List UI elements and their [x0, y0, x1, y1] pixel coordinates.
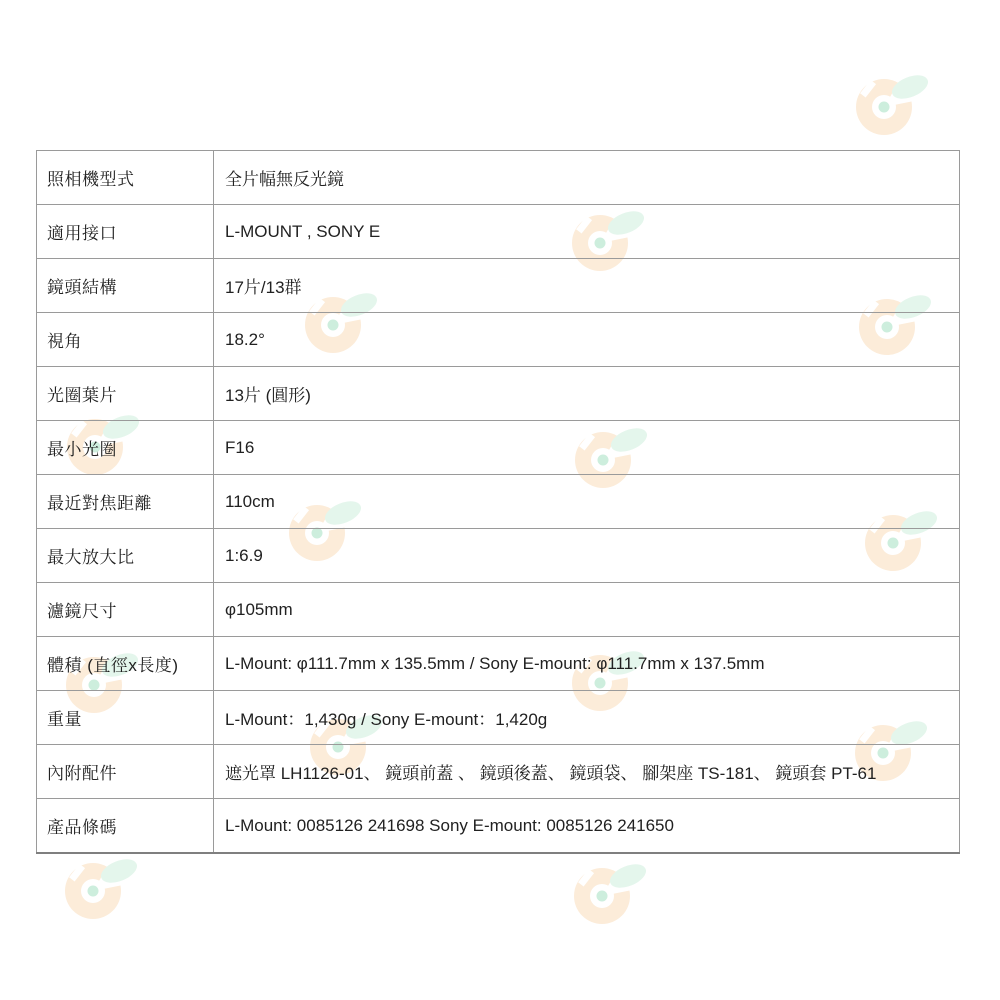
page: 照相機型式全片幅無反光鏡適用接口L-MOUNT , SONY E鏡頭結構17片/… — [0, 0, 1000, 1000]
spec-value: 1:6.9 — [214, 529, 960, 583]
spec-value: L-Mount: φ111.7mm x 135.5mm / Sony E-mou… — [214, 637, 960, 691]
spec-value: 110cm — [214, 475, 960, 529]
spec-row: 最大放大比1:6.9 — [37, 529, 960, 583]
store-logo-swirl-with-leaf-icon — [47, 841, 147, 931]
spec-row: 產品條碼L-Mount: 0085126 241698 Sony E-mount… — [37, 799, 960, 854]
spec-label: 體積 (直徑x長度) — [37, 637, 214, 691]
spec-label: 最近對焦距離 — [37, 475, 214, 529]
spec-label: 重量 — [37, 691, 214, 745]
spec-row: 光圈葉片13片 (圓形) — [37, 367, 960, 421]
spec-row: 最近對焦距離110cm — [37, 475, 960, 529]
spec-value: 遮光罩 LH1126-01、 鏡頭前蓋 、 鏡頭後蓋、 鏡頭袋、 腳架座 TS-… — [214, 745, 960, 799]
spec-label: 內附配件 — [37, 745, 214, 799]
spec-row: 重量L-Mount：1,430g / Sony E-mount：1,420g — [37, 691, 960, 745]
spec-value: L-Mount：1,430g / Sony E-mount：1,420g — [214, 691, 960, 745]
spec-label: 鏡頭結構 — [37, 259, 214, 313]
spec-value: 全片幅無反光鏡 — [214, 151, 960, 205]
spec-table: 照相機型式全片幅無反光鏡適用接口L-MOUNT , SONY E鏡頭結構17片/… — [36, 150, 960, 854]
spec-label: 最大放大比 — [37, 529, 214, 583]
spec-value: 17片/13群 — [214, 259, 960, 313]
spec-label: 視角 — [37, 313, 214, 367]
store-logo-swirl-with-leaf-icon — [838, 57, 938, 147]
spec-value: L-MOUNT , SONY E — [214, 205, 960, 259]
spec-label: 照相機型式 — [37, 151, 214, 205]
spec-row: 濾鏡尺寸φ105mm — [37, 583, 960, 637]
spec-label: 最小光圈 — [37, 421, 214, 475]
store-logo-swirl-with-leaf-icon — [556, 846, 656, 936]
spec-row: 最小光圈F16 — [37, 421, 960, 475]
spec-row: 內附配件遮光罩 LH1126-01、 鏡頭前蓋 、 鏡頭後蓋、 鏡頭袋、 腳架座… — [37, 745, 960, 799]
spec-label: 適用接口 — [37, 205, 214, 259]
spec-row: 體積 (直徑x長度)L-Mount: φ111.7mm x 135.5mm / … — [37, 637, 960, 691]
spec-row: 鏡頭結構17片/13群 — [37, 259, 960, 313]
spec-value: F16 — [214, 421, 960, 475]
spec-value: 13片 (圓形) — [214, 367, 960, 421]
spec-row: 適用接口L-MOUNT , SONY E — [37, 205, 960, 259]
spec-row: 照相機型式全片幅無反光鏡 — [37, 151, 960, 205]
spec-value: L-Mount: 0085126 241698 Sony E-mount: 00… — [214, 799, 960, 854]
spec-value: φ105mm — [214, 583, 960, 637]
spec-row: 視角18.2° — [37, 313, 960, 367]
spec-table-body: 照相機型式全片幅無反光鏡適用接口L-MOUNT , SONY E鏡頭結構17片/… — [37, 151, 960, 854]
spec-value: 18.2° — [214, 313, 960, 367]
spec-label: 濾鏡尺寸 — [37, 583, 214, 637]
spec-label: 光圈葉片 — [37, 367, 214, 421]
spec-label: 產品條碼 — [37, 799, 214, 854]
